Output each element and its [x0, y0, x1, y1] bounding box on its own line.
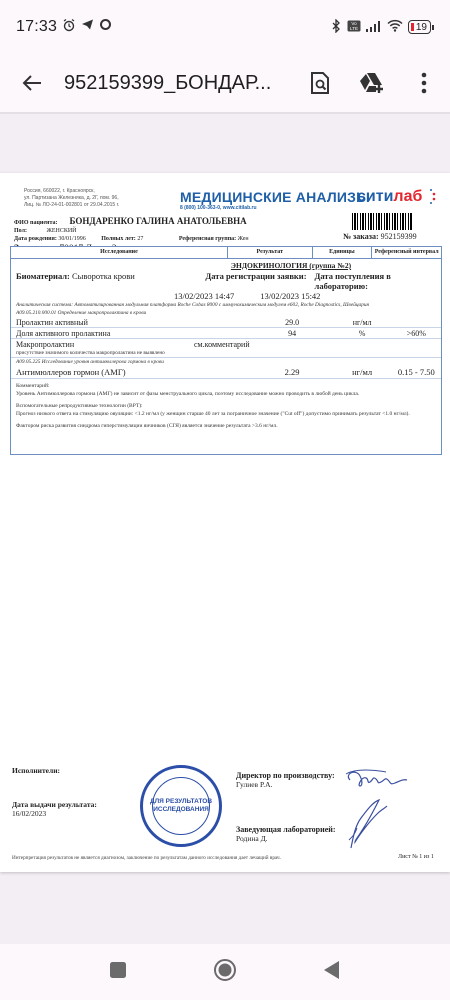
table-row: Пролактин активный 29.0 нг/мл [11, 317, 441, 328]
comment-text: Уровень Антимюллерова гормона (АМГ) не з… [11, 391, 441, 399]
test-name: Пролактин активный [16, 318, 252, 327]
status-bar: 17:33 VoLTE 19 [0, 0, 450, 54]
biomaterial-label: Биоматериал: [16, 271, 70, 281]
circle-icon [99, 18, 112, 36]
test-name: Доля активного пролактина [16, 329, 252, 338]
app-bar: 952159399_БОНДАР... [0, 54, 450, 114]
disclaimer: Интерпретация результатов не является ди… [12, 855, 281, 861]
patient-dob: 30/01/1996 [58, 236, 85, 242]
test-ref: 0.15 - 7.50 [392, 367, 441, 377]
arrow-left-icon [21, 72, 43, 94]
age-label: Полных лет: [101, 236, 136, 242]
more-vertical-icon [421, 72, 427, 94]
director-block: Директор по производству: Гулиев Р.А. [236, 771, 335, 789]
pdf-page: Россия, 660022, г. Красноярск, ул. Парти… [0, 173, 450, 872]
back-button[interactable] [0, 53, 64, 113]
pdf-viewer[interactable]: Россия, 660022, г. Красноярск, ул. Парти… [0, 115, 450, 957]
bluetooth-icon [330, 19, 342, 36]
square-icon [109, 961, 127, 979]
license-line: Лиц. № ЛО-24-01-002801 от 29.04.2015 г. [24, 202, 119, 209]
logo-dots-icon [427, 188, 437, 206]
more-options-button[interactable] [398, 53, 450, 113]
sex-label: Пол: [14, 228, 27, 234]
find-in-page-icon [310, 71, 330, 95]
director-signature [342, 766, 412, 790]
test-result: 29.0 [252, 318, 333, 327]
status-time: 17:33 [16, 18, 57, 36]
test-result: 94 [252, 329, 333, 338]
barcode [352, 213, 412, 230]
drive-add-icon [359, 71, 385, 95]
director-label: Директор по производству: [236, 771, 335, 780]
signal-icon [366, 20, 382, 35]
macro-note: присутствие значимого количества макропр… [11, 350, 441, 357]
wifi-icon [387, 19, 403, 35]
director-name: Гулиев Р.А. [236, 780, 272, 789]
ref-group: Жен [238, 236, 249, 242]
comment-art-title: Вспомогательные репродуктивные технологи… [11, 403, 441, 411]
test-name: Антимюллеров гормон (АМГ) [16, 367, 252, 377]
order-number: № заказа: 952159399 [343, 232, 417, 241]
table-row: Антимюллеров гормон (АМГ) 2.29 нг/мл 0.1… [11, 366, 441, 379]
comment-art-text: Прогноз низкого ответа на стимуляцию ову… [11, 411, 441, 419]
search-in-document-button[interactable] [294, 53, 346, 113]
dates-line: 13/02/2023 14:47 13/02/2023 15:42 [11, 291, 441, 301]
issue-date-label: Дата выдачи результата: [12, 800, 97, 809]
telegram-icon [81, 18, 94, 36]
lab-date-label: Дата поступления в лабораторию: [315, 271, 441, 291]
test-result: 2.29 [252, 367, 333, 377]
logo-text-part2: лаб [393, 188, 422, 205]
table-row: Макропролактин см.комментарий [11, 339, 441, 350]
test-code: A09.05.225 Исследование уровня антимюлле… [11, 357, 441, 366]
lab-date: 13/02/2023 15:42 [260, 291, 320, 301]
lab-address: Россия, 660022, г. Красноярск, ул. Парти… [24, 188, 119, 209]
lab-head-label: Заведующая лабораторией: [236, 825, 336, 834]
brand-title: МЕДИЦИНСКИЕ АНАЛИЗЫ [180, 189, 370, 205]
logo-text-part1: сити [357, 188, 393, 205]
brand-contacts: 8 (800) 100-363-0, www.citilab.ru [180, 205, 257, 211]
order-value: 952159399 [381, 232, 417, 241]
issue-date: 16/02/2023 [12, 809, 46, 818]
order-label: № заказа: [343, 232, 379, 241]
test-code: A09.05.210.000.01 Определение макропрола… [11, 309, 441, 317]
header-test: Исследование [11, 247, 228, 258]
header-reference: Референсный интервал [372, 247, 441, 258]
header-units: Единицы [313, 247, 373, 258]
reg-date: 13/02/2023 14:47 [174, 291, 234, 301]
test-units: нг/мл [333, 318, 392, 327]
alarm-icon [62, 18, 76, 37]
performers-label: Исполнители: [12, 766, 60, 775]
name-label: ФИО пациента: [14, 220, 58, 226]
sheet-number: Лист № 1 из 1 [398, 854, 434, 860]
home-button[interactable] [213, 958, 237, 987]
biomaterial-line: Биоматериал: Сыворотка крови Дата регист… [11, 271, 441, 291]
address-line: ул. Партизана Железняка, д. 2Г, пом. 96, [24, 195, 119, 202]
volte-icon: VoLTE [347, 20, 361, 35]
address-line: Россия, 660022, г. Красноярск, [24, 188, 119, 195]
document-title: 952159399_БОНДАР... [64, 72, 294, 95]
comment-label: Комментарий: [11, 383, 441, 391]
results-table: Исследование Результат Единицы Референсн… [10, 246, 442, 455]
system-nav-bar [0, 944, 450, 1000]
table-row: Доля активного пролактина 94 % >60% [11, 328, 441, 339]
test-name: Макропролактин [16, 340, 194, 349]
test-units: нг/мл [333, 367, 392, 377]
comment-ohss: Фактором риска развития синдрома гиперст… [11, 423, 441, 431]
dob-label: Дата рождения: [14, 236, 57, 242]
reg-date-label: Дата регистрации заявки: [172, 271, 306, 291]
citilab-logo: ситилаб [357, 188, 437, 206]
test-result: см.комментарий [194, 340, 250, 349]
header-result: Результат [228, 247, 313, 258]
back-nav-button[interactable] [323, 960, 341, 985]
svg-text:LTE: LTE [350, 26, 358, 31]
battery-icon: 19 [408, 20, 434, 34]
lab-head-name: Родина Д. [236, 834, 268, 843]
issue-date-block: Дата выдачи результата: 16/02/2023 [12, 800, 97, 818]
test-ref: >60% [392, 329, 441, 338]
patient-sex: ЖЕНСКИЙ [46, 228, 76, 234]
biomaterial: Сыворотка крови [72, 271, 135, 281]
patient-name: БОНДАРЕНКО ГАЛИНА АНАТОЛЬЕВНА [70, 216, 247, 226]
section-title: ЭНДОКРИНОЛОГИЯ (группа №2) [11, 261, 441, 270]
patient-age: 27 [137, 236, 143, 242]
save-to-drive-button[interactable] [346, 53, 398, 113]
table-header: Исследование Результат Единицы Референсн… [11, 247, 441, 259]
recents-button[interactable] [109, 961, 127, 984]
performers-text: Исполнители: [12, 766, 60, 775]
lab-stamp: ДЛЯ РЕЗУЛЬТАТОВ ИССЛЕДОВАНИЯ [140, 765, 222, 847]
lab-head-block: Заведующая лабораторией: Родина Д. [236, 825, 336, 843]
lab-head-signature [345, 798, 395, 850]
home-circle-icon [213, 958, 237, 982]
test-units: % [333, 329, 392, 338]
battery-level: 19 [416, 22, 427, 33]
ref-group-label: Референсная группа: [179, 236, 236, 242]
analytic-system: Аналитическая система: Автоматизированна… [11, 301, 441, 309]
triangle-back-icon [323, 960, 341, 980]
